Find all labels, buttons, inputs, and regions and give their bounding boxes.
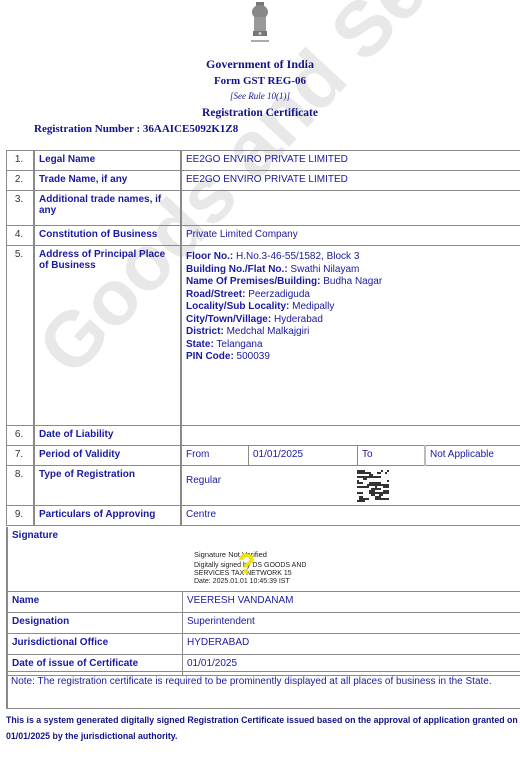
table-row: NameVEERESH VANDANAM — [7, 592, 520, 613]
table-row: DesignationSuperintendent — [7, 613, 520, 634]
address-line: PIN Code: 500039 — [186, 351, 520, 364]
national-emblem-icon — [248, 0, 272, 48]
certificate-title: Registration Certificate — [0, 107, 520, 119]
qr-code-icon[interactable] — [357, 470, 389, 502]
note-text: Note: The registration certificate is re… — [11, 676, 492, 687]
address-line: City/Town/Village: Hyderabad — [186, 314, 520, 327]
signature-section: Signature Signature Not Verified Digital… — [6, 527, 520, 592]
address-line: Floor No.: H.No.3-46-55/1582, Block 3 — [186, 251, 520, 264]
table-row: 3. Additional trade names, if any — [7, 191, 520, 226]
digital-signature-stamp[interactable]: Signature Not Verified Digitally signed … — [194, 551, 344, 586]
form-title: Form GST REG-06 — [0, 75, 520, 87]
address-cell: Floor No.: H.No.3-46-55/1582, Block 3Bui… — [181, 246, 520, 426]
registration-number: Registration Number : 36AAICE5092K1Z8 — [34, 123, 238, 135]
government-title: Government of India — [0, 57, 520, 72]
footer-disclaimer: This is a system generated digitally sig… — [6, 712, 520, 744]
table-row: 6. Date of Liability — [7, 426, 520, 446]
note-section: Note: The registration certificate is re… — [6, 671, 520, 709]
table-row: Jurisdictional OfficeHYDERABAD — [7, 634, 520, 655]
address-line: Road/Street: Peerzadiguda — [186, 289, 520, 302]
address-line: District: Medchal Malkajgiri — [186, 326, 520, 339]
table-row: 2. Trade Name, if any EE2GO ENVIRO PRIVA… — [7, 171, 520, 191]
address-line: Name Of Premises/Building: Budha Nagar — [186, 276, 520, 289]
table-row: 5. Address of Principal Place of Busines… — [7, 246, 520, 426]
address-line: Building No./Flat No.: Swathi Nilayam — [186, 264, 520, 277]
registration-details-table: 1. Legal Name EE2GO ENVIRO PRIVATE LIMIT… — [6, 150, 520, 526]
validity-from-date: 01/01/2025 — [249, 446, 358, 466]
signature-label: Signature — [12, 530, 58, 541]
table-row: 7. Period of Validity From 01/01/2025 To… — [7, 446, 520, 466]
signature-unverified-icon: ? — [238, 548, 255, 580]
address-line: Locality/Sub Locality: Medipally — [186, 301, 520, 314]
table-row: 9. Particulars of Approving Centre — [7, 506, 520, 526]
officer-details-table: NameVEERESH VANDANAM DesignationSuperint… — [6, 591, 520, 676]
table-row: 1. Legal Name EE2GO ENVIRO PRIVATE LIMIT… — [7, 151, 520, 171]
address-line: State: Telangana — [186, 339, 520, 352]
table-row: 8. Type of Registration Regular — [7, 466, 520, 506]
table-row: 4. Constitution of Business Private Limi… — [7, 226, 520, 246]
rule-reference: [See Rule 10(1)] — [0, 91, 520, 101]
